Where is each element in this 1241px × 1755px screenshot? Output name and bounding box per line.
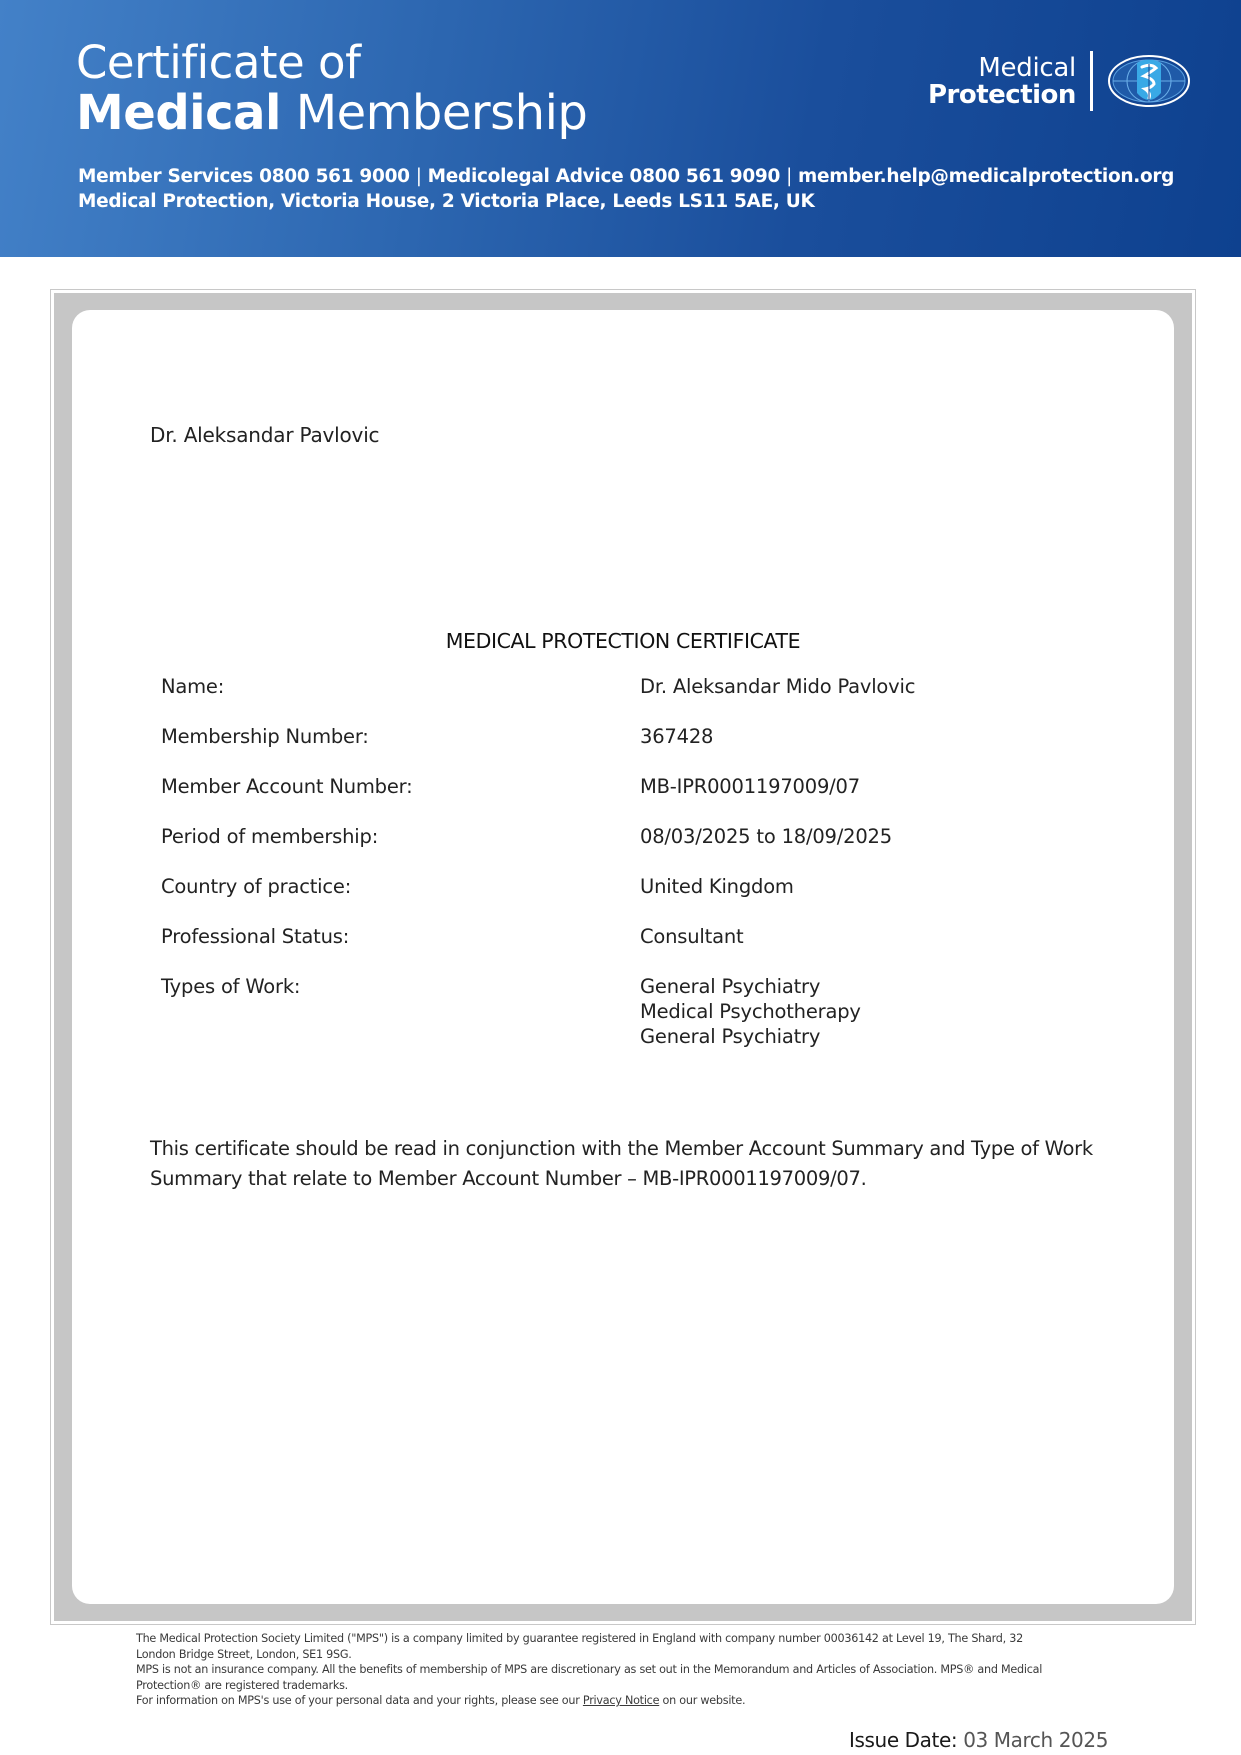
detail-label: Period of membership: <box>161 824 640 849</box>
addressee-name: Dr. Aleksandar Pavlovic <box>150 423 379 447</box>
postal-address: Medical Protection, Victoria House, 2 Vi… <box>78 189 1174 214</box>
detail-label: Membership Number: <box>161 724 640 749</box>
contact-info: Member Services 0800 561 9000|Medicolega… <box>78 164 1174 214</box>
detail-value: United Kingdom <box>640 874 1061 899</box>
detail-label: Name: <box>161 674 640 699</box>
issue-date-label: Issue Date: <box>849 1728 957 1752</box>
legal-line: London Bridge Street, London, SE1 9SG. <box>136 1647 1096 1663</box>
logo-divider <box>1090 51 1093 111</box>
title-light-word: Membership <box>296 85 588 141</box>
privacy-text-before: For information on MPS's use of your per… <box>136 1694 583 1707</box>
detail-value: 367428 <box>640 724 1061 749</box>
legal-line: Protection® are registered trademarks. <box>136 1678 1096 1694</box>
certificate-panel: Dr. Aleksandar Pavlovic MEDICAL PROTECTI… <box>72 310 1174 1604</box>
detail-value: Consultant <box>640 924 1061 949</box>
title-line-2: Medical Membership <box>76 89 587 137</box>
logo-wordmark: Medical Protection <box>928 55 1076 108</box>
certificate-heading: MEDICAL PROTECTION CERTIFICATE <box>72 629 1174 653</box>
member-help-email[interactable]: member.help@medicalprotection.org <box>798 166 1174 187</box>
work-type-item: Medical Psychotherapy <box>640 999 1061 1024</box>
logo-line-1: Medical <box>928 55 1076 81</box>
separator: | <box>786 166 792 187</box>
legal-line: MPS is not an insurance company. All the… <box>136 1662 1096 1678</box>
detail-label: Country of practice: <box>161 874 640 899</box>
separator: | <box>416 166 422 187</box>
legal-line: For information on MPS's use of your per… <box>136 1693 1096 1709</box>
detail-value: Dr. Aleksandar Mido Pavlovic <box>640 674 1061 699</box>
privacy-notice-link[interactable]: Privacy Notice <box>583 1694 659 1707</box>
detail-row-professional-status: Professional Status: Consultant <box>161 924 1061 949</box>
privacy-text-after: on our website. <box>659 1694 745 1707</box>
types-of-work-list: General Psychiatry Medical Psychotherapy… <box>640 974 1061 1049</box>
logo-line-2: Protection <box>928 82 1076 108</box>
contact-row-1: Member Services 0800 561 9000|Medicolega… <box>78 164 1174 189</box>
detail-value: 08/03/2025 to 18/09/2025 <box>640 824 1061 849</box>
title-bold-word: Medical <box>76 85 281 141</box>
globe-caduceus-icon <box>1107 53 1191 109</box>
title-line-1: Certificate of <box>76 40 587 85</box>
issue-date: Issue Date: 03 March 2025 <box>849 1728 1108 1752</box>
work-type-item: General Psychiatry <box>640 1024 1061 1049</box>
detail-label: Member Account Number: <box>161 774 640 799</box>
document-title: Certificate of Medical Membership <box>76 40 587 137</box>
detail-row-types-of-work: Types of Work: General Psychiatry Medica… <box>161 974 1061 1049</box>
medical-protection-logo: Medical Protection <box>928 50 1191 112</box>
certificate-frame: Dr. Aleksandar Pavlovic MEDICAL PROTECTI… <box>50 289 1196 1625</box>
detail-row-membership-number: Membership Number: 367428 <box>161 724 1061 749</box>
certificate-details: Name: Dr. Aleksandar Mido Pavlovic Membe… <box>161 674 1061 1074</box>
detail-row-country: Country of practice: United Kingdom <box>161 874 1061 899</box>
detail-label: Professional Status: <box>161 924 640 949</box>
detail-row-period: Period of membership: 08/03/2025 to 18/0… <box>161 824 1061 849</box>
issue-date-value: 03 March 2025 <box>963 1728 1108 1752</box>
work-type-item: General Psychiatry <box>640 974 1061 999</box>
detail-value: MB-IPR0001197009/07 <box>640 774 1061 799</box>
legal-notice: The Medical Protection Society Limited (… <box>136 1631 1096 1709</box>
frame-border: Dr. Aleksandar Pavlovic MEDICAL PROTECTI… <box>54 293 1192 1621</box>
detail-row-account-number: Member Account Number: MB-IPR0001197009/… <box>161 774 1061 799</box>
member-services-phone: Member Services 0800 561 9000 <box>78 166 410 187</box>
detail-row-name: Name: Dr. Aleksandar Mido Pavlovic <box>161 674 1061 699</box>
detail-label: Types of Work: <box>161 974 640 1049</box>
legal-line: The Medical Protection Society Limited (… <box>136 1631 1096 1647</box>
medicolegal-advice-phone: Medicolegal Advice 0800 561 9090 <box>428 166 780 187</box>
header-banner: Certificate of Medical Membership Medica… <box>0 0 1241 257</box>
certificate-note: This certificate should be read in conju… <box>150 1134 1110 1194</box>
